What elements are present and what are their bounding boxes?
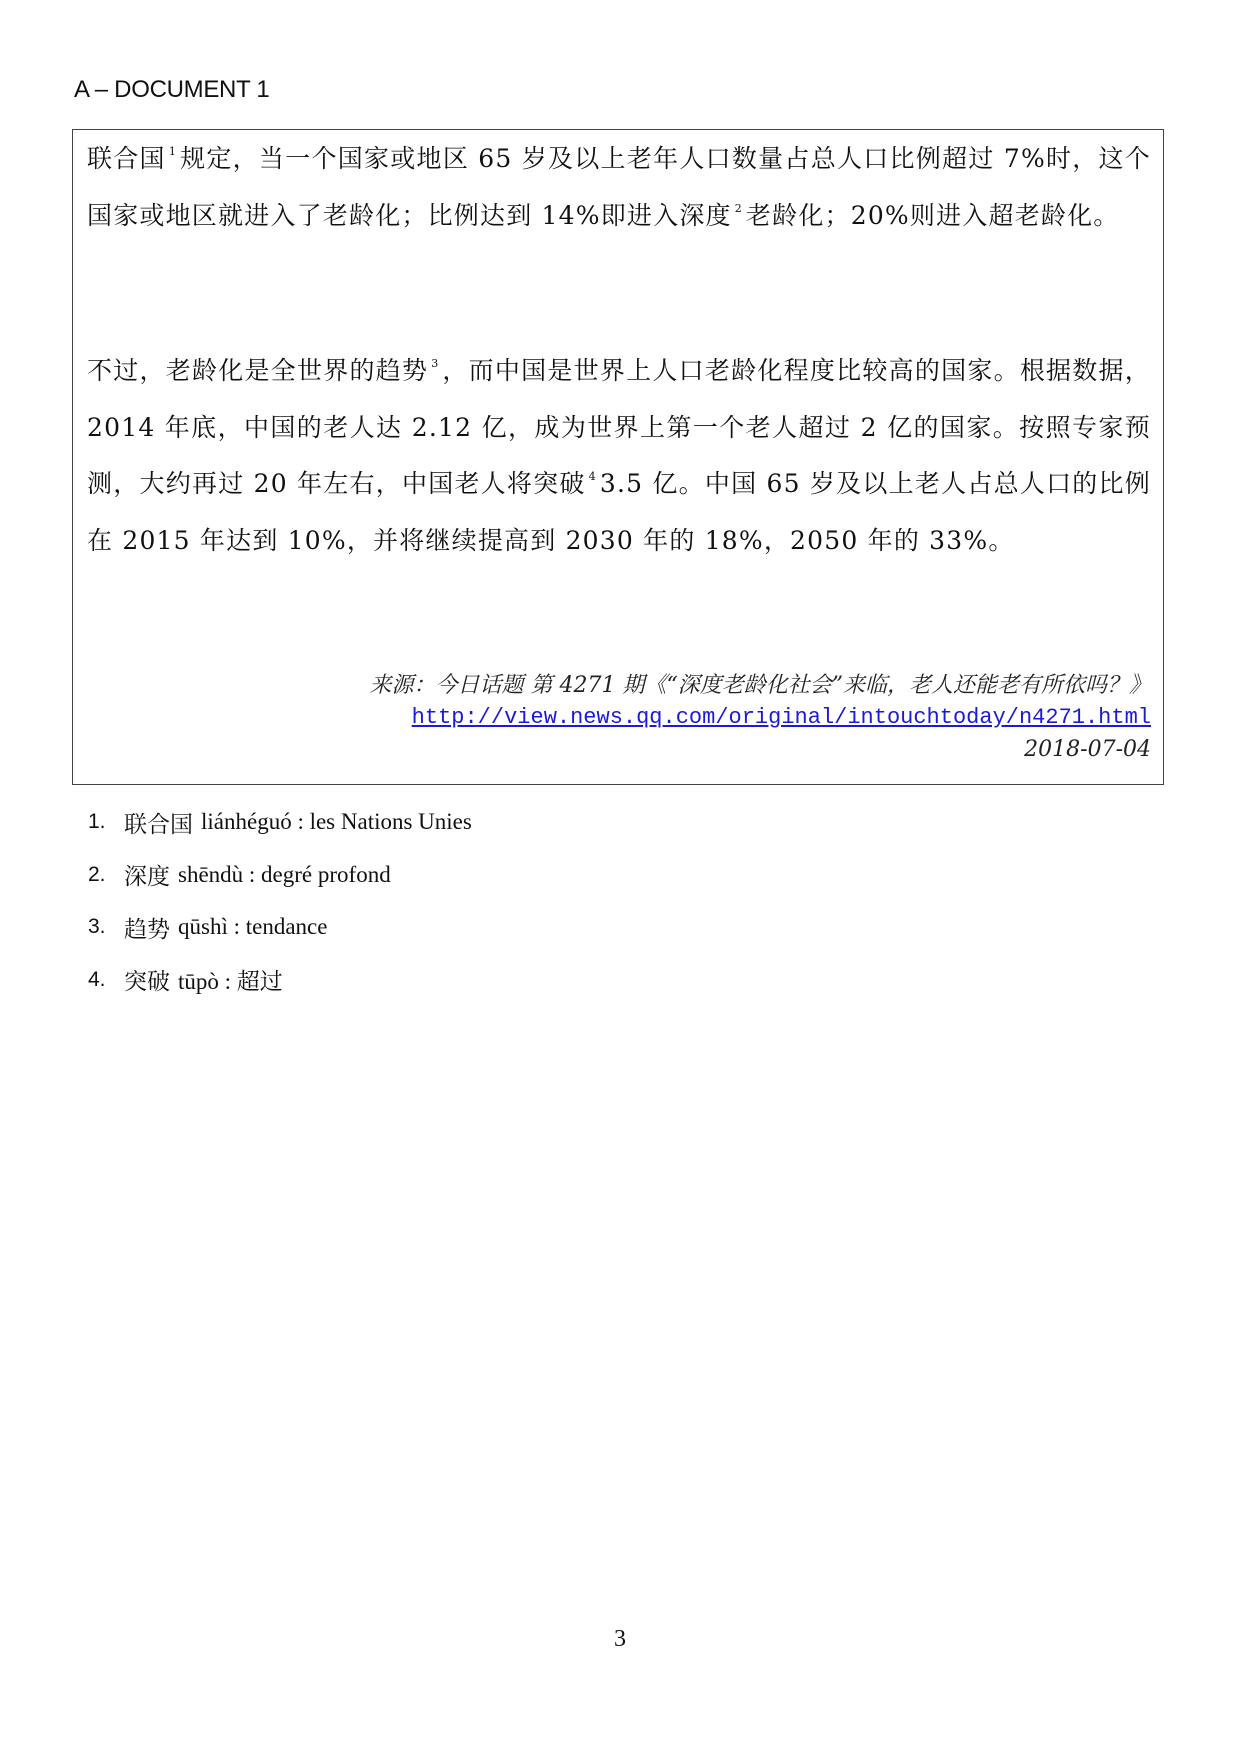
footnote-number: 2. [88, 863, 124, 887]
footnote-definition: liánhéguó : les Nations Unies [201, 809, 472, 835]
document-heading: A – DOCUMENT 1 [74, 76, 269, 104]
footnote-item-1: 1. 联合国 liánhéguó : les Nations Unies [88, 796, 472, 849]
footnote-ref-2: 2 [735, 202, 743, 215]
source-citation: 来源：今日话题 第 4271 期《“深度老龄化社会”来临，老人还能老有所依吗？》 [370, 673, 1151, 698]
footnote-definition: shēndù : degré profond [178, 862, 391, 888]
footnote-item-2: 2. 深度 shēndù : degré profond [88, 849, 472, 902]
source-citation-block: 来源：今日话题 第 4271 期《“深度老龄化社会”来临，老人还能老有所依吗？》… [370, 670, 1151, 766]
source-date: 2018-07-04 [370, 734, 1151, 766]
paragraph-1-text-c: 老龄化；20%则进入超老龄化。 [746, 201, 1120, 230]
footnote-number: 1. [88, 810, 124, 834]
footnote-number: 4. [88, 968, 124, 992]
footnote-definition: tūpò : 超过 [178, 963, 283, 996]
footnote-item-4: 4. 突破 tūpò : 超过 [88, 954, 472, 1007]
footnote-ref-4: 4 [589, 470, 597, 483]
footnote-term: 深度 [124, 858, 170, 891]
page-number: 3 [0, 1626, 1240, 1653]
footnote-term: 突破 [124, 963, 170, 996]
footnote-term: 联合国 [124, 806, 193, 839]
paragraph-2: 不过，老龄化是全世界的趋势3，而中国是世界上人口老龄化程度比较高的国家。根据数据… [87, 343, 1151, 569]
paragraph-2-text-a: 不过，老龄化是全世界的趋势 [87, 356, 428, 385]
paragraph-1-text-a: 联合国 [87, 144, 166, 173]
footnote-ref-3: 3 [431, 357, 439, 370]
footnote-number: 3. [88, 915, 124, 939]
footnote-item-3: 3. 趋势 qūshì : tendance [88, 901, 472, 954]
document-text-box: 联合国1规定，当一个国家或地区 65 岁及以上老年人口数量占总人口比例超过 7%… [72, 129, 1164, 785]
footnote-term: 趋势 [124, 911, 170, 944]
source-url-link[interactable]: http://view.news.qq.com/original/intouch… [370, 702, 1151, 734]
footnote-ref-1: 1 [169, 145, 177, 158]
footnote-definition: qūshì : tendance [178, 914, 327, 940]
footnotes-list: 1. 联合国 liánhéguó : les Nations Unies 2. … [88, 796, 472, 1006]
paragraph-1: 联合国1规定，当一个国家或地区 65 岁及以上老年人口数量占总人口比例超过 7%… [87, 131, 1151, 244]
